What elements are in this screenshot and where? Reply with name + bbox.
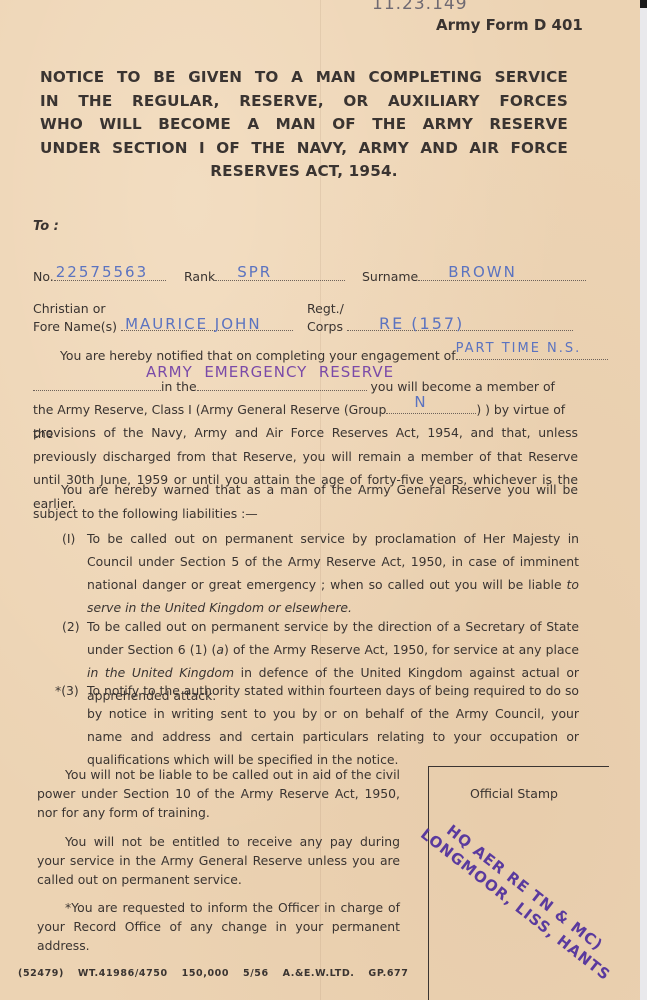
form-number: Army Form D 401	[436, 16, 583, 34]
christian-names-value: MAURICE JOHN	[125, 317, 261, 331]
liability-number: (2)	[62, 615, 80, 638]
document-title: NOTICE TO BE GIVEN TO A MAN COMPLETING S…	[40, 66, 568, 184]
title-line: RESERVES ACT, 1954.	[40, 160, 568, 184]
liability-number: *(3)	[55, 679, 79, 702]
title-line: WHO WILL BECOME A MAN OF THE ARMY RESERV…	[40, 113, 568, 137]
civil-power-paragraph: You will not be liable to be called out …	[37, 765, 400, 822]
reserve-rubber-stamp: ARMY EMERGENCY RESERVE	[146, 363, 394, 381]
scrollbar[interactable]	[640, 0, 647, 1000]
title-line: IN THE REGULAR, RESERVE, OR AUXILIARY FO…	[40, 90, 568, 114]
surname-field: SurnameBROWN	[362, 266, 586, 284]
christian-label-2: Fore Name(s)	[33, 319, 117, 334]
liability-text-italic: a	[216, 642, 224, 657]
group-line: N	[386, 399, 476, 414]
regiment-line: RE (157)	[347, 316, 573, 331]
warning-paragraph: You are hereby warned that as a man of t…	[33, 478, 578, 525]
address-paragraph: *You are requested to inform the Officer…	[37, 898, 400, 955]
service-number-label: No.	[33, 269, 54, 284]
engagement-line: PART TIME N.S.	[456, 345, 608, 360]
liability-text-italic: in the United Kingdom	[87, 665, 234, 680]
rank-line: SPR	[215, 266, 345, 281]
notice-text: you will become a member of	[371, 379, 555, 394]
liability-text: To notify to the authority stated within…	[87, 679, 579, 771]
in-the-text: in the	[161, 379, 197, 394]
christian-names-field: Christian or Fore Name(s) MAURICE JOHN	[33, 302, 293, 334]
notice-text: You are hereby notified that on completi…	[60, 348, 456, 363]
notice-text: the Army Reserve, Class I (Army General …	[33, 402, 386, 417]
service-number-field: No.22575563	[33, 266, 166, 284]
service-number-value: 22575563	[56, 263, 148, 281]
liability-item-2: (2) To be called out on permanent servic…	[62, 615, 610, 685]
to-label: To :	[33, 219, 59, 234]
rank-field: RankSPR	[184, 266, 345, 284]
printer-imprint: (52479) WT.41986/4750 150,000 5/56 A.&E.…	[18, 968, 408, 979]
liability-text-plain: To be called out on permanent service by…	[87, 531, 579, 592]
service-number-line: 22575563	[54, 266, 166, 281]
surname-line: BROWN	[418, 266, 586, 281]
group-value: N	[414, 391, 427, 415]
liability-text: To be called out on permanent service by…	[87, 527, 579, 619]
engagement-continuation-line	[33, 376, 161, 391]
surname-value: BROWN	[448, 263, 517, 281]
scrollbar-thumb[interactable]	[640, 0, 647, 8]
handwritten-reference: 11.23.149	[372, 0, 468, 14]
rank-value: SPR	[237, 263, 272, 281]
regt-label-2: Corps	[307, 319, 343, 334]
pay-paragraph: You will not be entitled to receive any …	[37, 832, 400, 889]
engagement-value: PART TIME N.S.	[456, 337, 582, 361]
christian-label-1: Christian or	[33, 302, 293, 316]
liability-item-1: (I) To be called out on permanent servic…	[62, 527, 610, 607]
christian-names-line: MAURICE JOHN	[121, 316, 293, 331]
document-page: 11.23.149 Army Form D 401 NOTICE TO BE G…	[0, 0, 640, 1000]
liability-item-3: *(3) To notify to the authority stated w…	[55, 679, 603, 759]
title-line: NOTICE TO BE GIVEN TO A MAN COMPLETING S…	[40, 66, 568, 90]
title-line: UNDER SECTION I OF THE NAVY, ARMY AND AI…	[40, 137, 568, 161]
liability-number: (I)	[62, 527, 75, 550]
official-stamp-label: Official Stamp	[470, 786, 558, 801]
surname-label: Surname	[362, 269, 418, 284]
rank-label: Rank	[184, 269, 215, 284]
regiment-value: RE (157)	[379, 317, 464, 331]
regiment-field: Regt./ Corps RE (157)	[307, 302, 573, 334]
liability-text-plain: ) of the Army Reserve Act, 1950, for ser…	[224, 642, 579, 657]
